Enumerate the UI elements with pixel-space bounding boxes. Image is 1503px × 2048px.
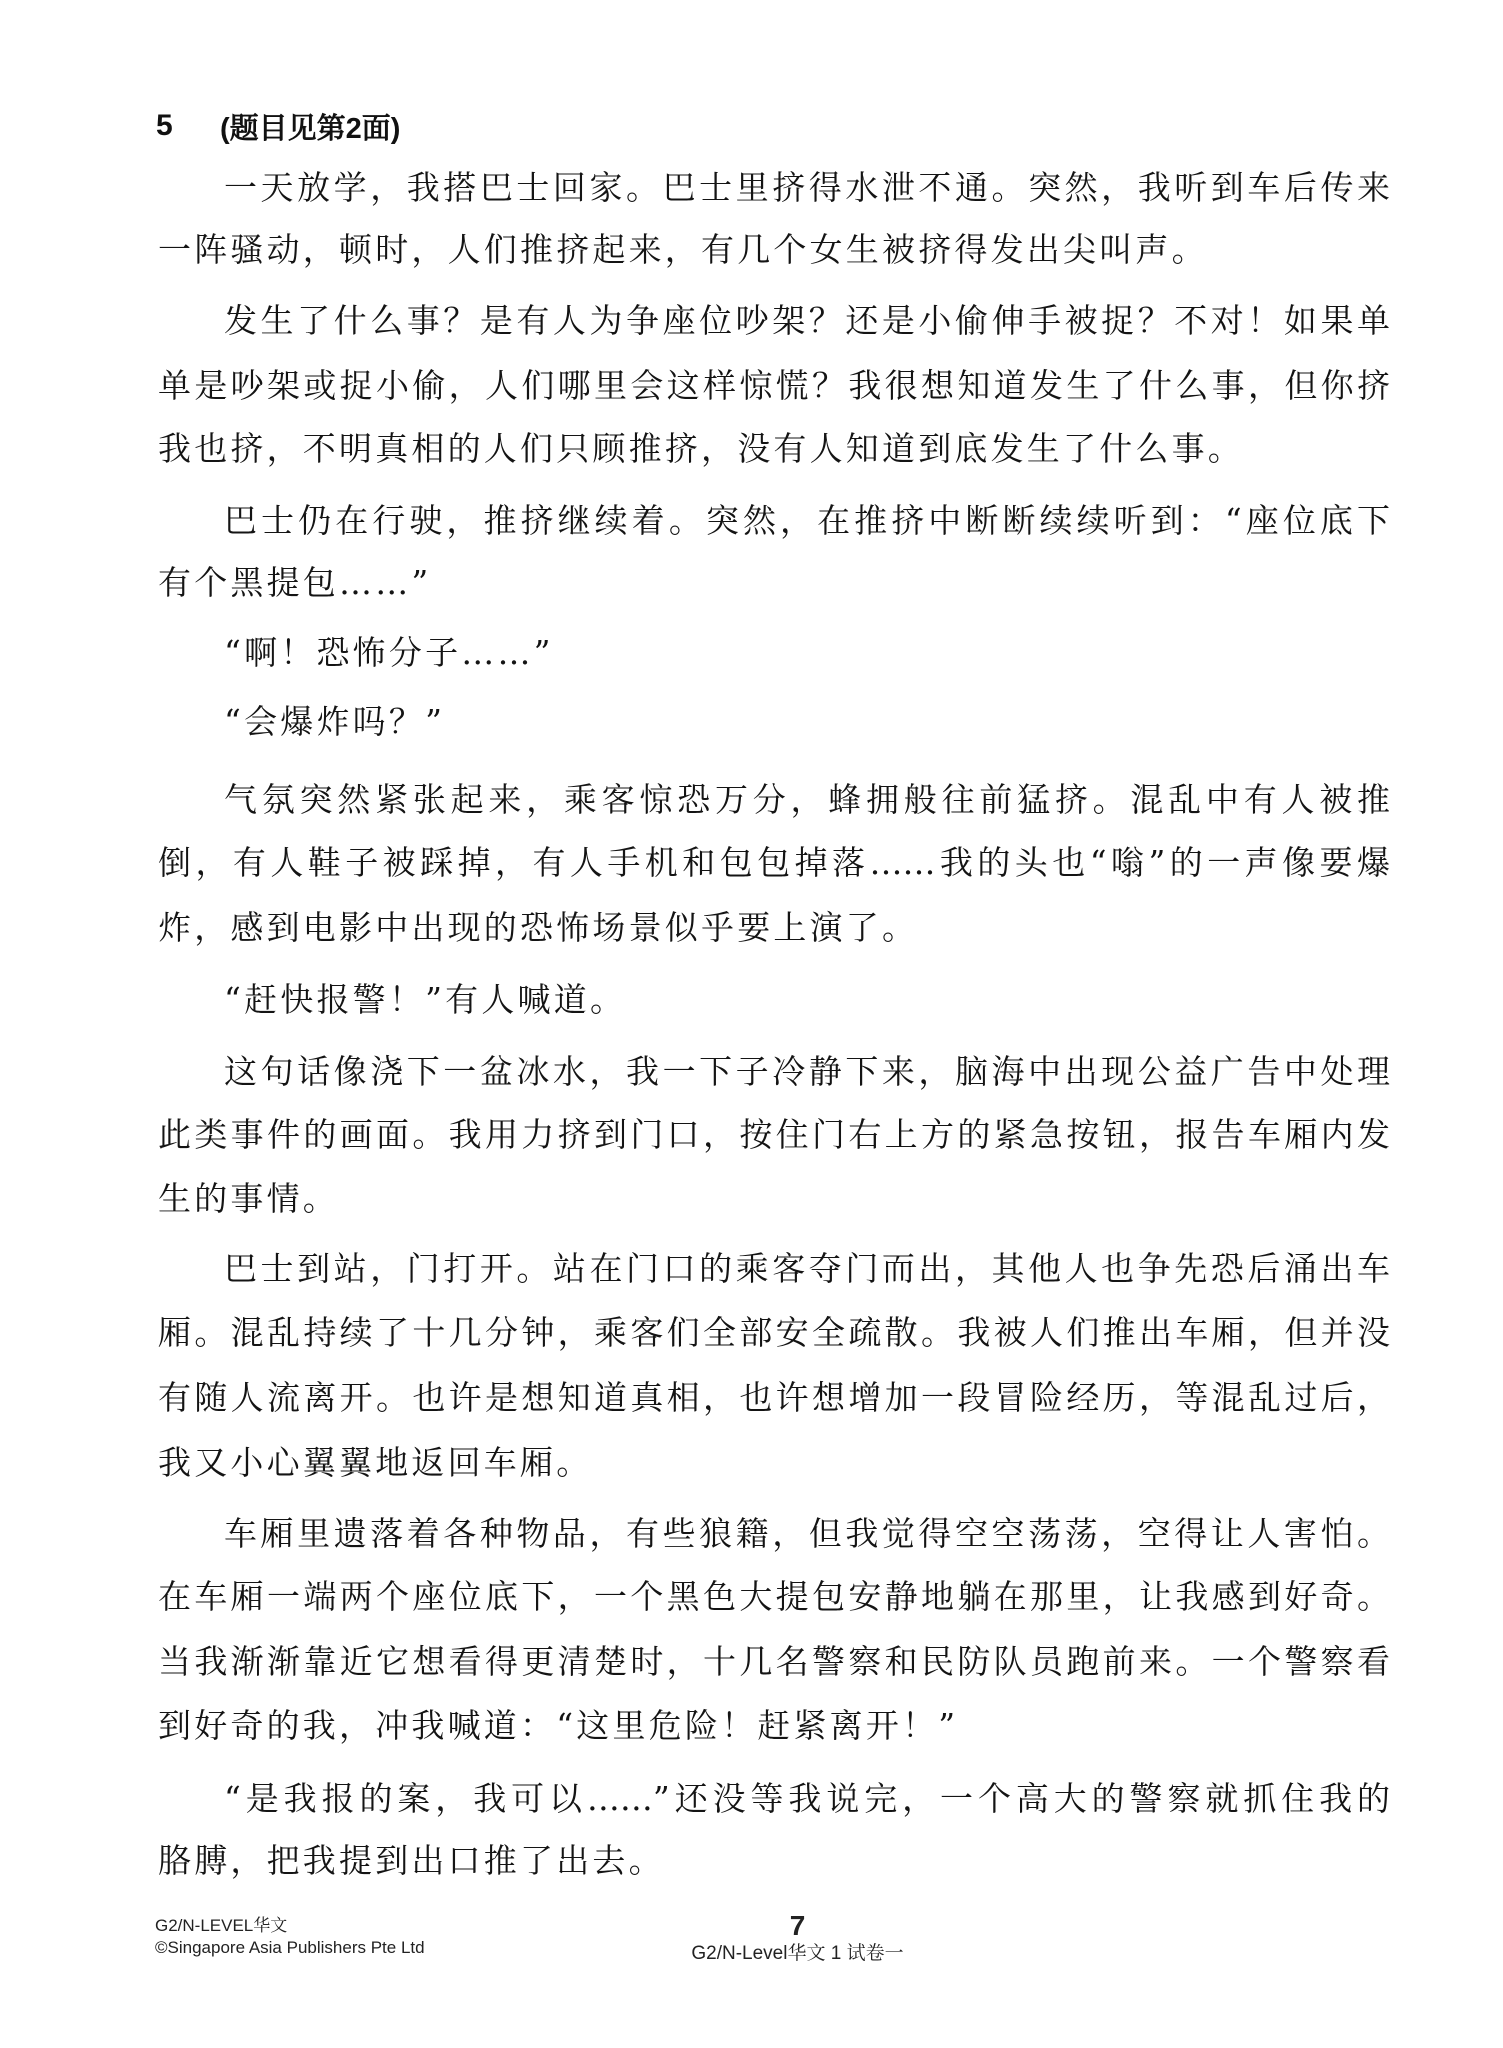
text-line: 胳膊，把我提到出口推了出去。: [158, 1836, 665, 1886]
copyright-notice: ©Singapore Asia Publishers Pte Ltd: [155, 1937, 425, 1959]
page-number: 7: [675, 1910, 920, 1942]
paper-title: G2/N-Level华文 1 试卷一: [675, 1942, 920, 1966]
text-line: 有随人流离开。也许是想知道真相，也许想增加一段冒险经历，等混乱过后，: [158, 1373, 1390, 1423]
text-line: 在车厢一端两个座位底下，一个黑色大提包安静地躺在那里，让我感到好奇。: [158, 1572, 1390, 1622]
text-line: “赶快报警！”有人喊道。: [224, 975, 626, 1025]
text-line: 单是吵架或捉小偷，人们哪里会这样惊慌？我很想知道发生了什么事，但你挤: [158, 361, 1390, 411]
question-reference: (题目见第2面): [220, 106, 400, 147]
text-line: 有个黑提包……”: [158, 558, 431, 608]
text-line: 倒，有人鞋子被踩掉，有人手机和包包掉落……我的头也“嗡”的一声像要爆: [158, 838, 1390, 888]
text-line: 炸，感到电影中出现的恐怖场景似乎要上演了。: [158, 903, 918, 953]
text-line: 到好奇的我，冲我喊道：“这里危险！赶紧离开！”: [158, 1701, 958, 1751]
question-heading: 5 (题目见第2面): [156, 104, 400, 148]
text-line: 巴士仍在行驶，推挤继续着。突然，在推挤中断断续续听到：“座位底下: [224, 496, 1390, 546]
text-line: 生的事情。: [158, 1174, 339, 1224]
question-number: 5: [156, 109, 220, 143]
text-line: 一天放学，我搭巴士回家。巴士里挤得水泄不通。突然，我听到车后传来: [224, 163, 1390, 213]
text-line: 气氛突然紧张起来，乘客惊恐万分，蜂拥般往前猛挤。混乱中有人被推: [224, 775, 1390, 825]
text-line: 这句话像浇下一盆冰水，我一下子冷静下来，脑海中出现公益广告中处理: [224, 1047, 1390, 1097]
text-line: 车厢里遗落着各种物品，有些狼籍，但我觉得空空荡荡，空得让人害怕。: [224, 1509, 1390, 1559]
text-line: 此类事件的画面。我用力挤到门口，按住门右上方的紧急按钮，报告车厢内发: [158, 1110, 1390, 1160]
text-line: “会爆炸吗？”: [224, 697, 445, 747]
text-line: 当我渐渐靠近它想看得更清楚时，十几名警察和民防队员跑前来。一个警察看: [158, 1637, 1390, 1687]
text-line: 一阵骚动，顿时，人们推挤起来，有几个女生被挤得发出尖叫声。: [158, 225, 1208, 275]
document-page: 5 (题目见第2面) 一天放学，我搭巴士回家。巴士里挤得水泄不通。突然，我听到车…: [0, 0, 1503, 2048]
text-line: “是我报的案，我可以……”还没等我说完，一个高大的警察就抓住我的: [224, 1774, 1390, 1824]
text-line: “啊！恐怖分子……”: [224, 628, 554, 678]
publisher-info: G2/N-LEVEL华文 ©Singapore Asia Publishers …: [155, 1915, 425, 1959]
text-line: 巴士到站，门打开。站在门口的乘客夺门而出，其他人也争先恐后涌出车: [224, 1244, 1390, 1294]
text-line: 我又小心翼翼地返回车厢。: [158, 1438, 592, 1488]
text-line: 发生了什么事？是有人为争座位吵架？还是小偷伸手被捉？不对！如果单: [224, 296, 1390, 346]
publisher-series: G2/N-LEVEL华文: [155, 1915, 425, 1937]
text-line: 我也挤，不明真相的人们只顾推挤，没有人知道到底发生了什么事。: [158, 424, 1244, 474]
page-footer: 7 G2/N-Level华文 1 试卷一: [620, 1910, 920, 1966]
text-line: 厢。混乱持续了十几分钟，乘客们全部安全疏散。我被人们推出车厢，但并没: [158, 1308, 1390, 1358]
